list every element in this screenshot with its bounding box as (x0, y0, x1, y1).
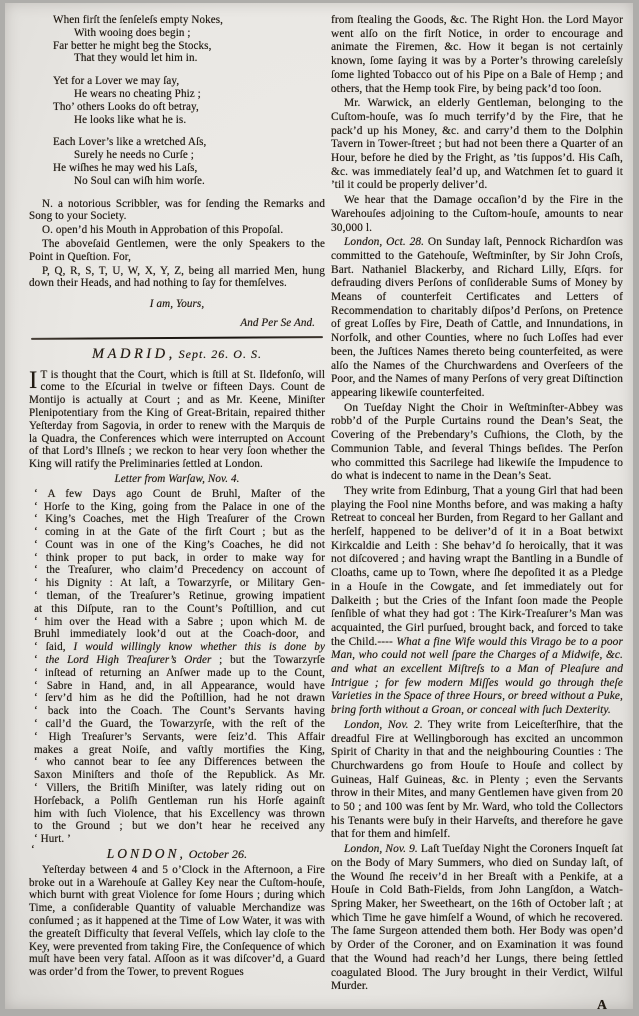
text-line: Tho’ others Looks do oft betray, (53, 101, 325, 114)
letter-closing: I am, Yours, (29, 298, 325, 311)
text-line: ‘ High Treaſurer’s Servants, were ſeiz’d… (29, 731, 325, 744)
paragraph: Yeſterday between 4 and 5 o’Clock in the… (29, 864, 325, 979)
paragraph: O. open’d his Mouth in Approbation of th… (29, 224, 325, 237)
london-fire-paragraph: Yeſterday between 4 and 5 o’Clock in the… (29, 864, 325, 979)
text-line: ‘ King’s Coaches, met the High Treaſurer… (29, 513, 325, 526)
paragraph: from ſtealing the Goods, &c. The Right H… (331, 14, 623, 96)
text-line: ‘ tleman, of the Treaſurer’s Retinue, gr… (29, 590, 325, 603)
dateline-date: October 26. (189, 847, 247, 861)
text-line: ‘ call’d the Guard, the Towarzyrſe, with… (29, 718, 325, 731)
poem-stanza: Yet for a Lover we may ſay,He wears no c… (53, 75, 325, 126)
paragraph-text: London, Nov. 9. (344, 843, 418, 855)
right-column: from ſtealing the Goods, &c. The Right H… (331, 14, 623, 1012)
stray-quote-mark: ‘ (31, 844, 35, 857)
left-column: When firſt the ſenſeleſs empty Nokes,Wit… (29, 14, 325, 980)
text-line: ‘ Sabre in Hand, and, in all Appearance,… (29, 680, 325, 693)
text-line: He wears no cheating Phiz ; (53, 88, 325, 101)
text-line: ‘ the Treaſurer, who claim’d Precedency … (29, 564, 325, 577)
warsaw-letter: ‘ A few Days ago Count de Bruhl, Maſter … (29, 488, 325, 846)
letter-signature: And Per Se And. (29, 317, 325, 330)
text-line: at this Diſpute, ran to the Count’s Poſt… (29, 603, 325, 616)
paragraph-text: We hear that the Damage occaſion’d by th… (331, 194, 623, 233)
paragraph-text: Yeſterday between 4 and 5 o’Clock in the… (29, 864, 325, 978)
paragraph-text: The aboveſaid Gentlemen, were the only S… (29, 238, 325, 263)
text-line: makes a great Noiſe, and vaſtly mortifie… (29, 744, 325, 757)
poem-stanza: Each Lover’s like a wretched Aſs,Surely … (53, 136, 325, 187)
text-line: ‘ back into the Coach. The Count’s Serva… (29, 705, 325, 718)
text-line: ‘ ſerv’d him as he did the Poſtillion, h… (29, 692, 325, 705)
poem-stanza: When firſt the ſenſeleſs empty Nokes,Wit… (53, 14, 325, 65)
text-line: ‘ Horſe to the King, going from the Pala… (29, 501, 325, 514)
paragraph: The aboveſaid Gentlemen, were the only S… (29, 238, 325, 264)
text-line: Far better he might beg the Stocks, (53, 40, 325, 53)
text-line: Each Lover’s like a wretched Aſs, (53, 136, 325, 149)
text-line: ‘ inſtead of returning an Anſwer made up… (29, 667, 325, 680)
text-line: ‘ Hurt. ’ (29, 833, 325, 846)
paragraph-text: On Sunday laſt, Pennock Richardſon was c… (331, 236, 623, 399)
text-line: ‘ ſaid, I would willingly know whether t… (29, 641, 325, 654)
text-line: ‘ Villers, the Britiſh Miniſter, was lat… (29, 782, 325, 795)
poem: When firſt the ſenſeleſs empty Nokes,Wit… (29, 14, 325, 188)
text-line: No Soul can wiſh him worſe. (53, 175, 325, 188)
london-dateline: ‘ LONDON, October 26. (29, 848, 325, 862)
paragraph: London, Oct. 28. On Sunday laſt, Pennock… (331, 236, 623, 400)
drop-cap: I (29, 369, 40, 391)
text-line: Saxon Miniſters and thoſe of the Republi… (29, 769, 325, 782)
paragraph: On Tueſday Night the Choir in Weſtminſte… (331, 402, 623, 484)
dateline-city: LONDON, (107, 846, 186, 861)
paragraph-text: P, Q, R, S, T, U, W, X, Y, Z, being all … (29, 265, 325, 290)
text-line: ‘ think proper to put back, in order to … (29, 552, 325, 565)
club-report-paragraphs: N. a notorious Scribbler, was for ſendin… (29, 198, 325, 291)
paragraph-text: N. a notorious Scribbler, was for ſendin… (29, 198, 325, 223)
text-line: ‘ the Lord High Treaſurer’s Order ; but … (29, 654, 325, 667)
printers-signature-mark: A (331, 998, 623, 1012)
paragraph-text: London, Nov. 2. (344, 719, 423, 731)
text-line: When firſt the ſenſeleſs empty Nokes, (53, 14, 325, 27)
text-line: him with ſuch Violence, that his Excelle… (29, 808, 325, 821)
warsaw-letter-heading: Letter from Warſaw, Nov. 4. (29, 473, 325, 486)
text-line: Surely he needs no Curſe ; (53, 149, 325, 162)
text-line: ‘ Count was in one of the King’s Coaches… (29, 539, 325, 552)
paragraph-text: T is thought that the Court, which is ſt… (29, 369, 325, 471)
dateline-date: Sept. 26. O. S. (179, 347, 262, 361)
text-line: Yet for a Lover we may ſay, (53, 75, 325, 88)
news-paragraphs: from ſtealing the Goods, &c. The Right H… (331, 14, 623, 994)
text-line: ‘ A few Days ago Count de Bruhl, Maſter … (29, 488, 325, 501)
text-line: He wiſhes he may wed his Laſs, (53, 162, 325, 175)
paragraph: They write from Edinburg, That a young G… (331, 485, 623, 718)
newspaper-page: When firſt the ſenſeleſs empty Nokes,Wit… (5, 3, 633, 1009)
paragraph: London, Nov. 9. Laſt Tueſday Night the C… (331, 843, 623, 994)
paragraph: P, Q, R, S, T, U, W, X, Y, Z, being all … (29, 265, 325, 291)
paragraph-text: Laſt Tueſday Night the Coroners Inqueſt … (331, 843, 623, 992)
paragraph-text: They write from Leiceſterſhire, that the… (331, 719, 623, 841)
text-line: With wooing does begin ; (53, 27, 325, 40)
text-line: Horſeback, a Poliſh Gentleman run his Ho… (29, 795, 325, 808)
text-line: That they would let him in. (53, 52, 325, 65)
paragraph-text: O. open’d his Mouth in Approbation of th… (42, 224, 283, 236)
text-line: ‘ his Dignity : At laſt, a Towarzyrſe, o… (29, 577, 325, 590)
paragraph-text: London, Oct. 28. (344, 236, 424, 248)
text-line: ‘ him over the Head with a Sabre ; upon … (29, 616, 325, 629)
paragraph-text: from ſtealing the Goods, &c. The Right H… (331, 14, 623, 95)
paragraph: N. a notorious Scribbler, was for ſendin… (29, 198, 325, 224)
text-line: to the Ground ; but we don’t hear he rec… (29, 820, 325, 833)
dateline-city: MADRID, (92, 346, 176, 362)
paragraph-text: They write from Edinburg, That a young G… (331, 485, 623, 648)
section-divider-rule (31, 336, 323, 340)
madrid-dateline: MADRID, Sept. 26. O. S. (29, 348, 325, 362)
madrid-paragraph: IT is thought that the Court, which is ſ… (29, 369, 325, 471)
paragraph-text: Mr. Warwick, an elderly Gentleman, belon… (331, 97, 623, 191)
paragraph: London, Nov. 2. They write from Leiceſte… (331, 719, 623, 842)
text-line: ‘ coming in at the Gate of the firſt Cou… (29, 526, 325, 539)
text-line: Bruhl immediately look’d out at the Coac… (29, 628, 325, 641)
paragraph: Mr. Warwick, an elderly Gentleman, belon… (331, 97, 623, 193)
newspaper-scan: When firſt the ſenſeleſs empty Nokes,Wit… (0, 0, 639, 1016)
text-line: ‘ who cannot bear to ſee any Differences… (29, 756, 325, 769)
paragraph: We hear that the Damage occaſion’d by th… (331, 194, 623, 235)
paragraph-text: On Tueſday Night the Choir in Weſtminſte… (331, 402, 623, 483)
text-line: He looks like what he is. (53, 114, 325, 127)
